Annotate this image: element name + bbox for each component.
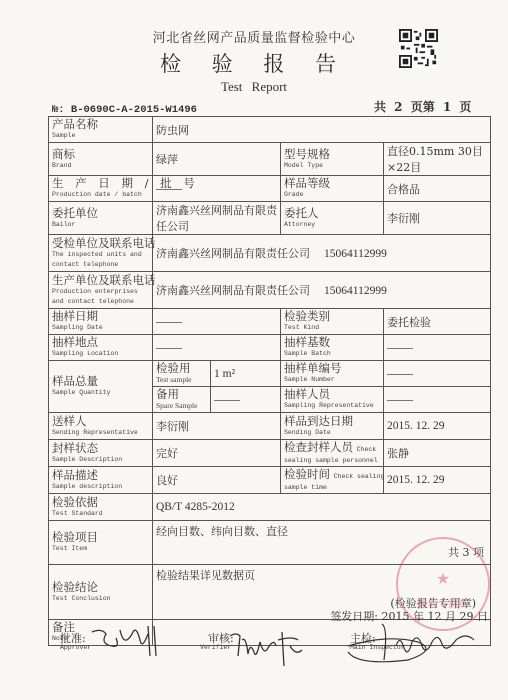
inspected-phone: 15064112999 [324,248,387,260]
brand-value: 绿萍 [153,143,281,176]
producer-phone: 15064112999 [324,285,387,297]
report-subtitle: Test Report [0,79,508,95]
signature-row: 批准: Approver 审核: Verifier 主检: Main Inspe… [60,630,500,670]
empty-dash [387,348,413,349]
test-kind-value: 委托检验 [384,309,491,335]
row-bailor: 委托单位Bailor 济南鑫兴丝网制品有限责任公司 委托人Attorney 李衍… [49,202,491,235]
empty-dash [156,348,182,349]
row-production: 生 产 日 期 / 批 号Production date / batch 样品等… [49,176,491,202]
row-inspected: 受检单位及联系电话The inspected units and contact… [49,235,491,272]
empty-dash [387,374,413,375]
row-seal: 封样状态Sample Description 完好 检查封样人员 Checkse… [49,440,491,467]
verifier-label-en: Verifier [200,644,231,651]
description-value: 良好 [153,467,281,494]
inspected-value: 济南鑫兴丝网制品有限责任公司 15064112999 [153,235,491,272]
model-value: 直径0.15mm 30目×22目 [384,143,491,176]
sample-value: 防虫网 [153,117,491,143]
empty-dash [156,189,182,190]
stamp-star-icon: ★ [398,569,488,588]
row-sample: 产品名称Sample 防虫网 [49,117,491,143]
row-producer: 生产单位及联系电话Production enterprises and cont… [49,272,491,309]
page-info: 共 2 页第 1 页 [374,98,471,115]
seal-person-value: 张静 [384,440,491,467]
sending-date-value: 2015. 12. 29 [384,413,491,440]
producer-value: 济南鑫兴丝网制品有限责任公司 15064112999 [153,272,491,309]
seal-state-value: 完好 [153,440,281,467]
test-sample-value: 1 m² [211,361,281,387]
grade-value: 合格品 [384,176,491,202]
bailor-value: 济南鑫兴丝网制品有限责任公司 [153,202,281,235]
approver-signature [88,622,168,662]
attorney-value: 李衍刚 [384,202,491,235]
empty-dash [156,322,182,323]
test-report-page: 河北省丝网产品质量监督检验中心 检 验 报 告 Test Report №: B… [0,0,508,700]
row-standard: 检验依据Test Standard QB/T 4285-2012 [49,494,491,521]
row-sampling-date: 抽样日期Sampling Date 检验类别Test Kind 委托检验 [49,309,491,335]
row-sampling-location: 抽样地点Sampling Location 抽样基数Sample Batch [49,335,491,361]
approver-label-en: Approver [60,644,91,651]
qr-code-icon [399,29,438,68]
row-sending: 送样人Sending Representative 李衍刚 样品到达日期Send… [49,413,491,440]
verifier-signature [228,626,318,670]
row-quantity-test: 样品总量Sample Quantity 检验用Test sample 1 m² … [49,361,491,387]
empty-dash [214,400,240,401]
test-time-value: 2015. 12. 29 [384,467,491,494]
row-brand: 商标Brand 绿萍 型号规格Model Type 直径0.15mm 30目×2… [49,143,491,176]
empty-dash [387,400,413,401]
sending-rep-value: 李衍刚 [153,413,281,440]
inspector-signature [342,616,492,668]
standard-value: QB/T 4285-2012 [153,494,491,521]
report-number: №: B-0690C-A-2015-W1496 [52,104,197,116]
row-description: 样品描述Sample description 良好 检验时间 Check sea… [49,467,491,494]
